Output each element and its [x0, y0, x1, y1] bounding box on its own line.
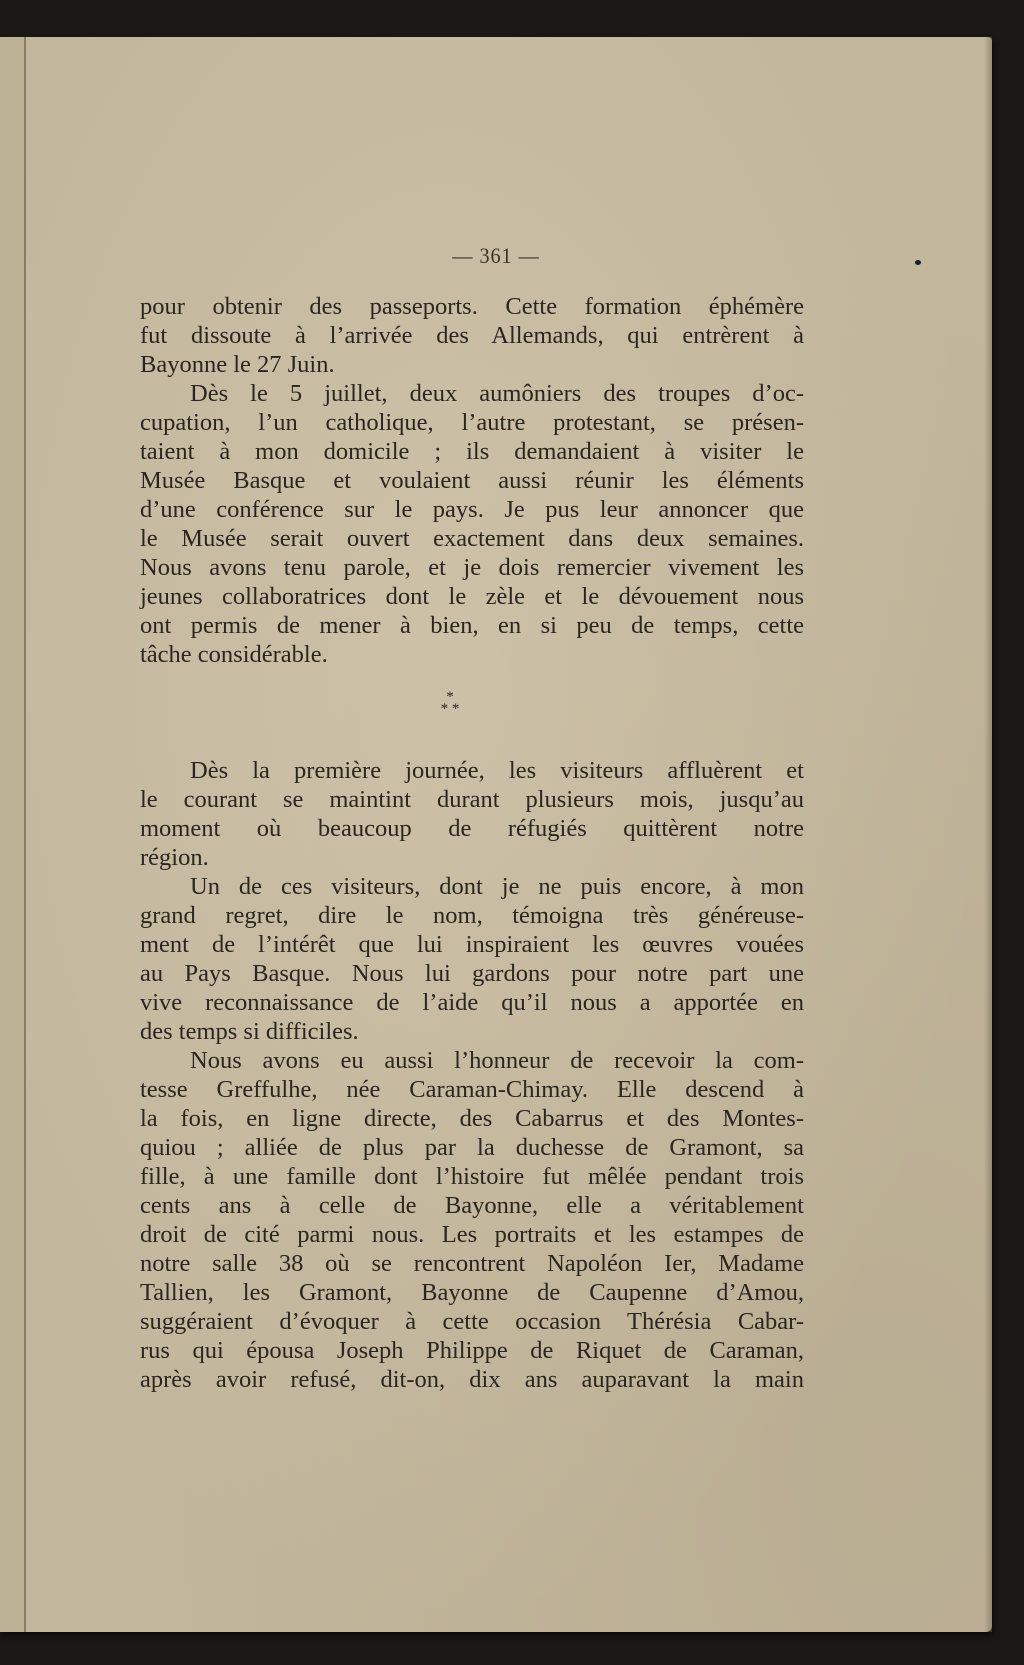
- text-line: ment de l’intérêt que lui inspiraient le…: [140, 930, 804, 959]
- text-line: taient à mon domicile ; ils demandaient …: [140, 437, 804, 466]
- text-line: région.: [140, 843, 804, 872]
- text-line: rus qui épousa Joseph Philippe de Riquet…: [140, 1336, 804, 1365]
- text-line: cents ans à celle de Bayonne, elle a vér…: [140, 1191, 804, 1220]
- text-line: tesse Greffulhe, née Caraman-Chimay. Ell…: [140, 1075, 804, 1104]
- book-page: — 361 — pour obtenir des passeports. Cet…: [0, 37, 992, 1632]
- text-line: droit de cité parmi nous. Les portraits …: [140, 1220, 804, 1249]
- text-line: le Musée serait ouvert exactement dans d…: [140, 524, 804, 553]
- paragraph-start-line: Nous avons eu aussi l’honneur de recevoi…: [140, 1046, 804, 1075]
- text-line: suggéraient d’évoquer à cette occasion T…: [140, 1307, 804, 1336]
- text-line: ont permis de mener à bien, en si peu de…: [140, 611, 804, 640]
- page-edge: [984, 37, 992, 1632]
- text-line: Musée Basque et voulaient aussi réunir l…: [140, 466, 804, 495]
- text-line: le courant se maintint durant plusieurs …: [140, 785, 804, 814]
- text-line: moment où beaucoup de réfugiés quittèren…: [140, 814, 804, 843]
- paragraph-start-line: Dès la première journée, les visiteurs a…: [140, 756, 804, 785]
- text-line: Tallien, les Gramont, Bayonne de Caupenn…: [140, 1278, 804, 1307]
- page-fold-line: [0, 37, 26, 1632]
- text-line: Nous avons tenu parole, et je dois remer…: [140, 553, 804, 582]
- text-line: jeunes collaboratrices dont le zèle et l…: [140, 582, 804, 611]
- page-number: — 361 —: [40, 243, 953, 269]
- text-line: vive reconnaissance de l’aide qu’il nous…: [140, 988, 804, 1017]
- paragraph-start-line: Dès le 5 juillet, deux aumôniers des tro…: [140, 379, 804, 408]
- text-line: cupation, l’un catholique, l’autre prote…: [140, 408, 804, 437]
- text-line: des temps si difficiles.: [140, 1017, 804, 1046]
- text-line: la fois, en ligne directe, des Cabarrus …: [140, 1104, 804, 1133]
- text-line: quiou ; alliée de plus par la duchesse d…: [140, 1133, 804, 1162]
- text-line: fille, à une famille dont l’histoire fut…: [140, 1162, 804, 1191]
- body-text: pour obtenir des passeports. Cette forma…: [140, 292, 804, 1394]
- paragraph-start-line: Un de ces visiteurs, dont je ne puis enc…: [140, 872, 804, 901]
- text-line: Bayonne le 27 Juin.: [140, 350, 804, 379]
- text-line: pour obtenir des passeports. Cette forma…: [140, 292, 804, 321]
- text-line: grand regret, dire le nom, témoigna très…: [140, 901, 804, 930]
- text-line: fut dissoute à l’arrivée des Allemands, …: [140, 321, 804, 350]
- text-line: au Pays Basque. Nous lui gardons pour no…: [140, 959, 804, 988]
- text-line: d’une conférence sur le pays. Je pus leu…: [140, 495, 804, 524]
- text-line: après avoir refusé, dit-on, dix ans aupa…: [140, 1365, 804, 1394]
- text-line: notre salle 38 où se rencontrent Napoléo…: [140, 1249, 804, 1278]
- asterism-icon: * * *: [430, 691, 470, 715]
- section-separator: * * *: [140, 669, 804, 756]
- text-line: tâche considérable.: [140, 640, 804, 669]
